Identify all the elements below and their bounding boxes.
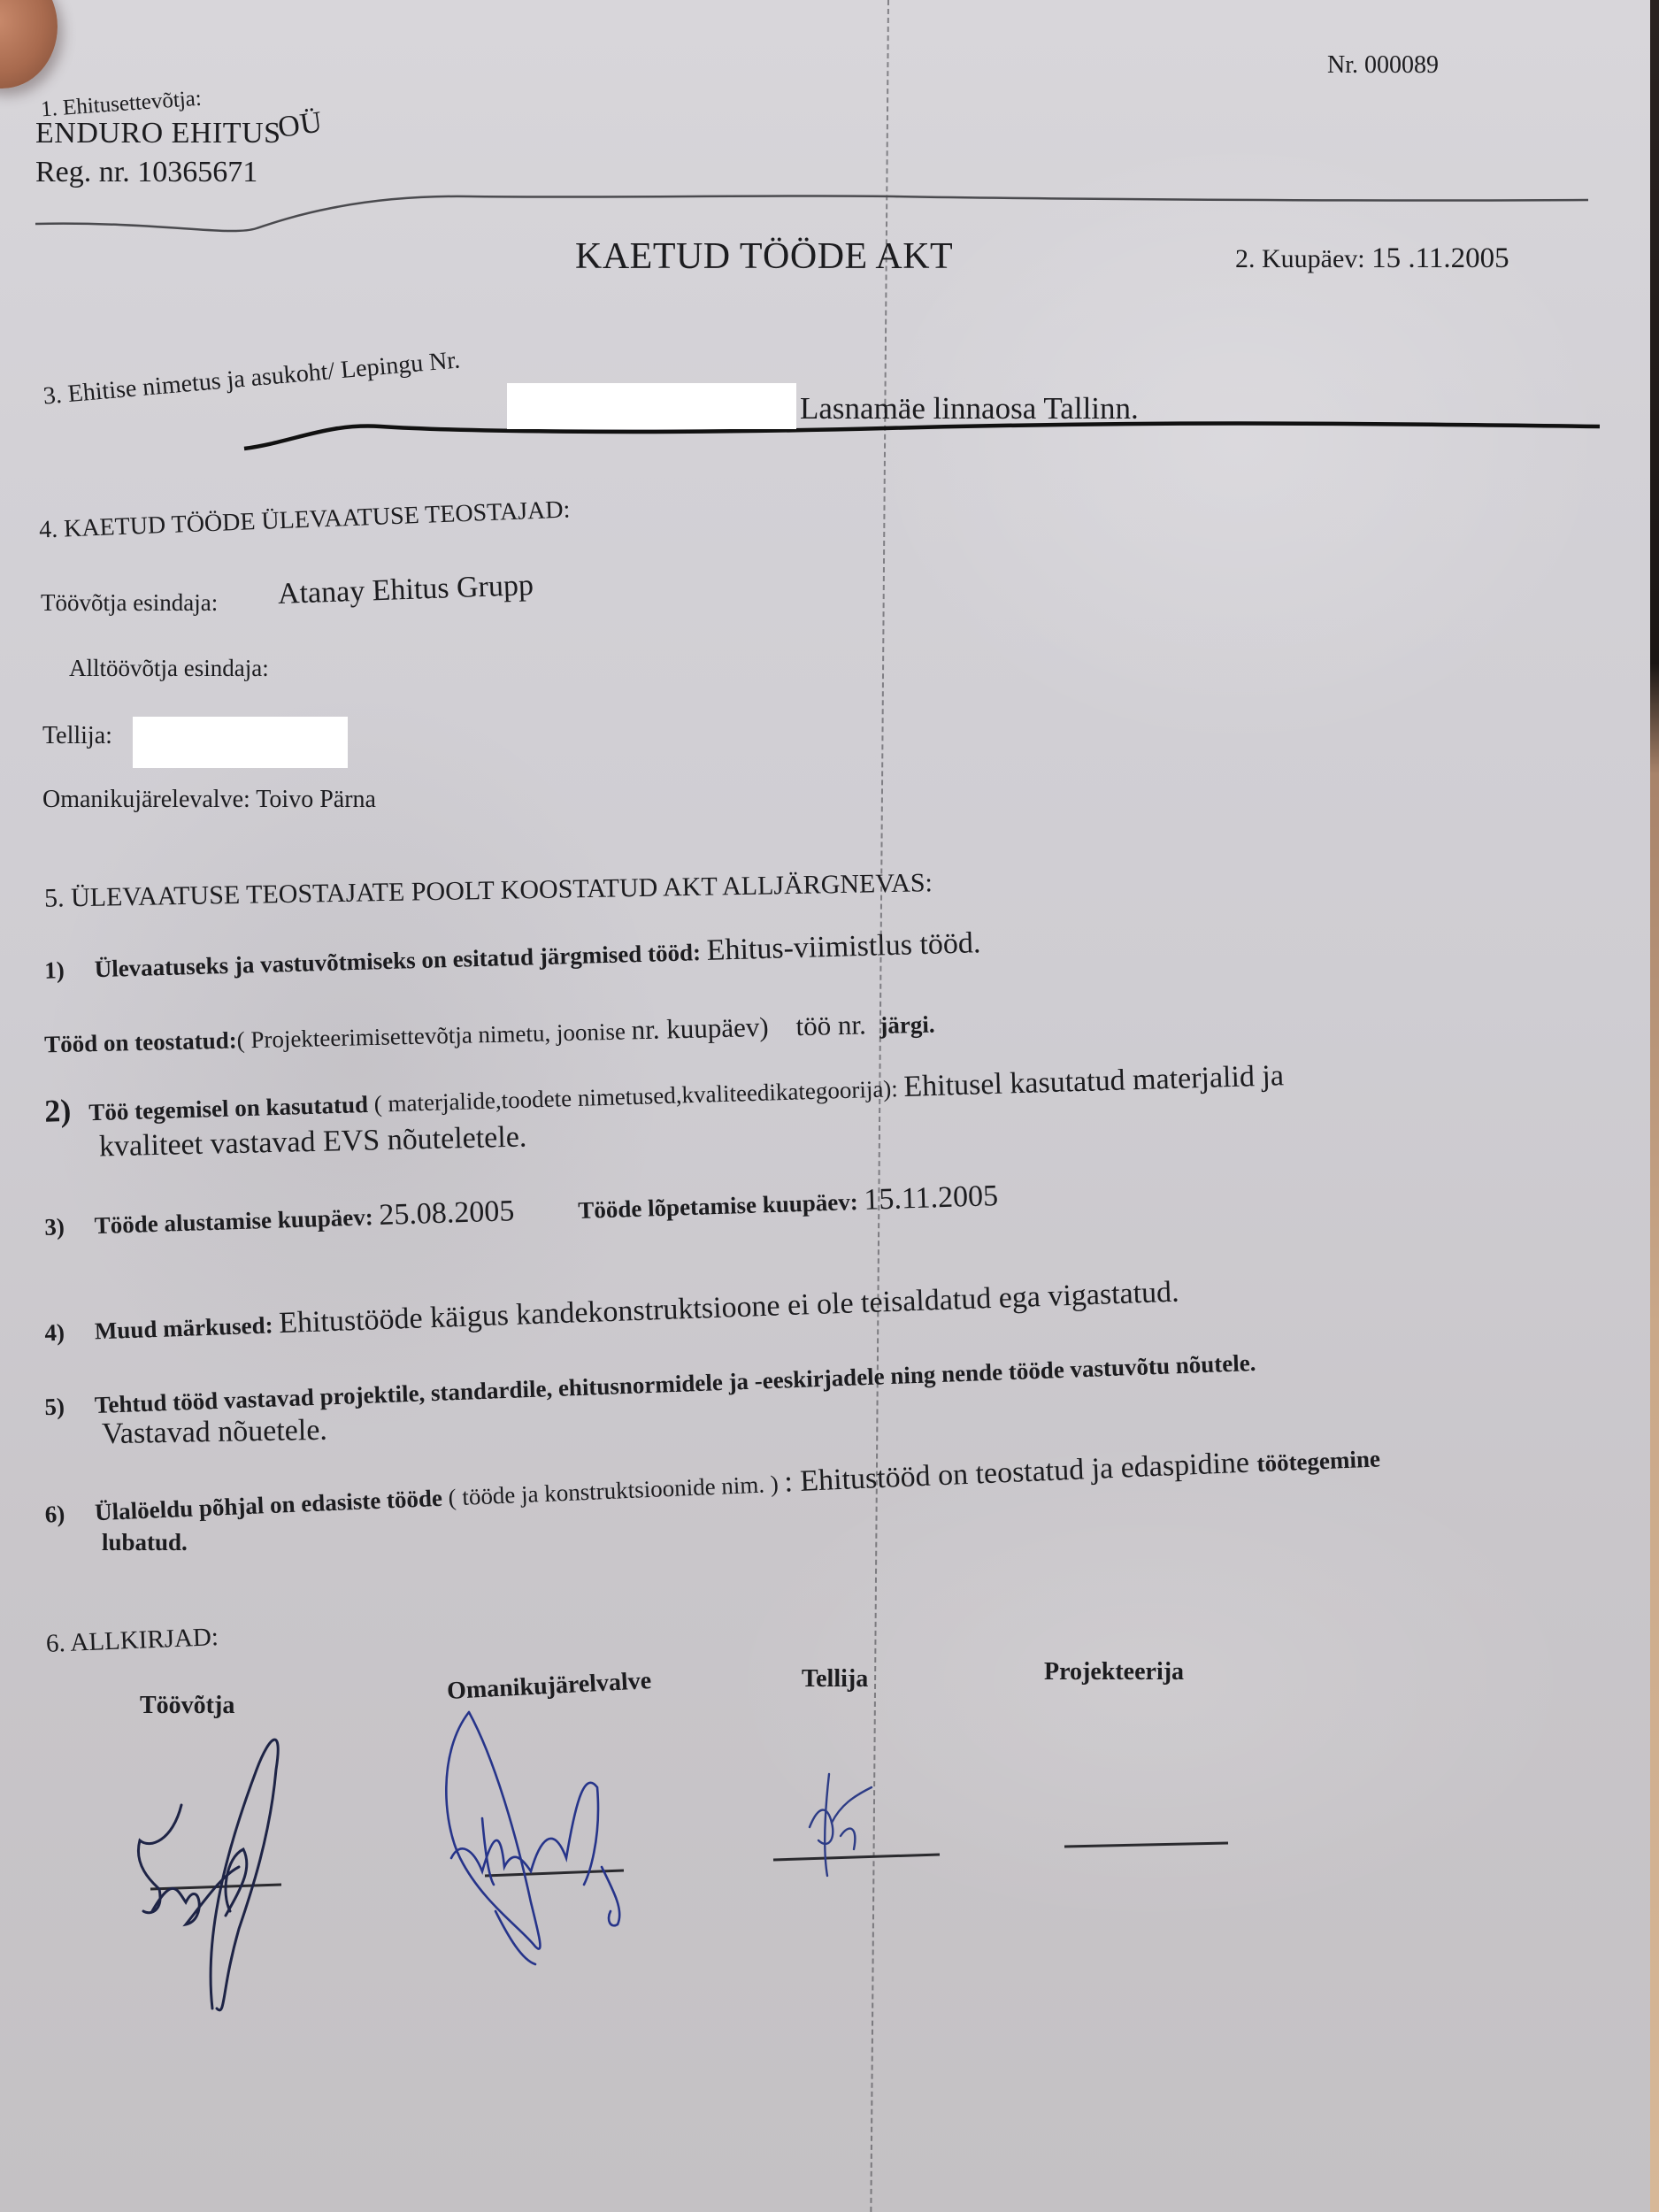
signature-line-client: [773, 1855, 940, 1860]
signature-client: [810, 1774, 872, 1876]
item-label: Tehtud tööd vastavad projektile, standar…: [94, 1349, 1256, 1418]
item-5-value: Vastavad nõuetele.: [102, 1414, 328, 1451]
end-date-value: 15.11.2005: [864, 1179, 999, 1217]
item-value-small: töötegemine: [1256, 1445, 1381, 1477]
works-performed-tail-bold: järgi.: [879, 1011, 935, 1039]
item-value: Ehitusel kasutatud materjalid ja: [903, 1059, 1285, 1103]
item-label: Ülevaatuseks ja vastuvõtmiseks on esitat…: [94, 939, 707, 982]
signature-line-designer: [1064, 1843, 1228, 1847]
item-paren: ( materjalide,toodete nimetused,kvalitee…: [368, 1075, 904, 1118]
item-value: Ehitustööde käigus kandekonstruktsioone …: [279, 1276, 1180, 1340]
owner-supervision: Omanikujärelevalve: Toivo Pärna: [42, 786, 376, 814]
act-heading: 5. ÜLEVAATUSE TEOSTAJATE POOLT KOOSTATUD…: [44, 868, 933, 914]
item-4: 4)Muud märkused: Ehitustööde käigus kand…: [44, 1276, 1179, 1349]
item-number: 6): [44, 1501, 65, 1528]
signature-label-supervision: Omanikujärelvalve: [446, 1667, 652, 1706]
contractor-rep-label: Töövõtja esindaja:: [41, 589, 218, 617]
works-performed-label: Tööd on teostatud:: [44, 1026, 237, 1057]
item-label: Ülalöeldu põhjal on edasiste tööde: [95, 1485, 443, 1525]
item-3: 3)Tööde alustamise kuupäev: 25.08.2005Tö…: [44, 1179, 999, 1243]
item-number: 3): [44, 1213, 65, 1240]
item-number: 4): [44, 1319, 65, 1347]
item-2-continuation: kvaliteet vastavad EVS nõuteletele.: [99, 1121, 527, 1164]
document-title: KAETUD TÖÖDE AKT: [575, 235, 953, 278]
item-number: 1): [44, 956, 65, 984]
building-location: Lasnamäe linnaosa Tallinn.: [800, 391, 1139, 426]
works-performed-paren: ( Projekteerimisettevõtja nimetu, joonis…: [236, 1018, 632, 1053]
item-number: 2): [44, 1093, 72, 1129]
inspectors-heading: 4. KAETUD TÖÖDE ÜLEVAATUSE TEOSTAJAD:: [39, 495, 571, 544]
signatures-heading: 6. ALLKIRJAD:: [45, 1623, 219, 1659]
signature-label-client: Tellija: [802, 1665, 868, 1694]
signature-contractor: [138, 1740, 278, 2010]
start-date-label: Tööde alustamise kuupäev:: [94, 1203, 380, 1239]
date-label: 2. Kuupäev:: [1235, 244, 1371, 273]
works-performed-tail: töö nr.: [768, 1009, 879, 1042]
item-1: 1)Ülevaatuseks ja vastuvõtmiseks on esit…: [44, 926, 981, 987]
signature-supervision: [446, 1712, 619, 1964]
item-6-continuation: lubatud.: [102, 1529, 188, 1556]
item-label: Töö tegemisel on kasutatud: [88, 1091, 369, 1125]
works-performed-line: Tööd on teostatud:( Projekteerimisettevõ…: [44, 1008, 935, 1060]
item-value: Ehitus-viimistlus tööd.: [706, 926, 981, 967]
item-value: : Ehitustööd on teostatud ja edaspidine: [784, 1446, 1258, 1498]
signature-line-supervision: [485, 1870, 624, 1876]
redacted-client-name: [133, 717, 348, 768]
signature-label-contractor: Töövõtja: [140, 1692, 234, 1720]
redacted-contract-number: [507, 383, 796, 429]
client-label: Tellija:: [42, 722, 112, 750]
item-paren: ( tööde ja konstruktsioonide nim. ): [442, 1471, 785, 1511]
works-performed-paren-end: nr. kuupäev): [631, 1011, 769, 1046]
subcontractor-rep-label: Alltöövõtja esindaja:: [69, 655, 269, 682]
start-date-value: 25.08.2005: [379, 1194, 515, 1232]
end-date-label: Tööde lõpetamise kuupäev:: [578, 1188, 864, 1224]
item-6: 6)Ülalöeldu põhjal on edasiste tööde ( t…: [44, 1440, 1381, 1530]
item-number: 5): [44, 1393, 65, 1420]
item-2: 2)Töö tegemisel on kasutatud ( materjali…: [44, 1056, 1285, 1130]
date-value: 15 .11.2005: [1371, 242, 1509, 274]
document-page: Nr. 000089 1. Ehitusettevõtja: ENDURO EH…: [0, 0, 1650, 2212]
signature-line-contractor: [150, 1885, 281, 1889]
item-5: 5)Tehtud tööd vastavad projektile, stand…: [44, 1349, 1256, 1421]
contractor-rep-value: Atanay Ehitus Grupp: [277, 569, 534, 611]
signature-label-designer: Projekteerija: [1044, 1658, 1184, 1686]
item-label: Muud märkused:: [94, 1311, 279, 1344]
document-date: 2. Kuupäev: 15 .11.2005: [1235, 242, 1509, 275]
